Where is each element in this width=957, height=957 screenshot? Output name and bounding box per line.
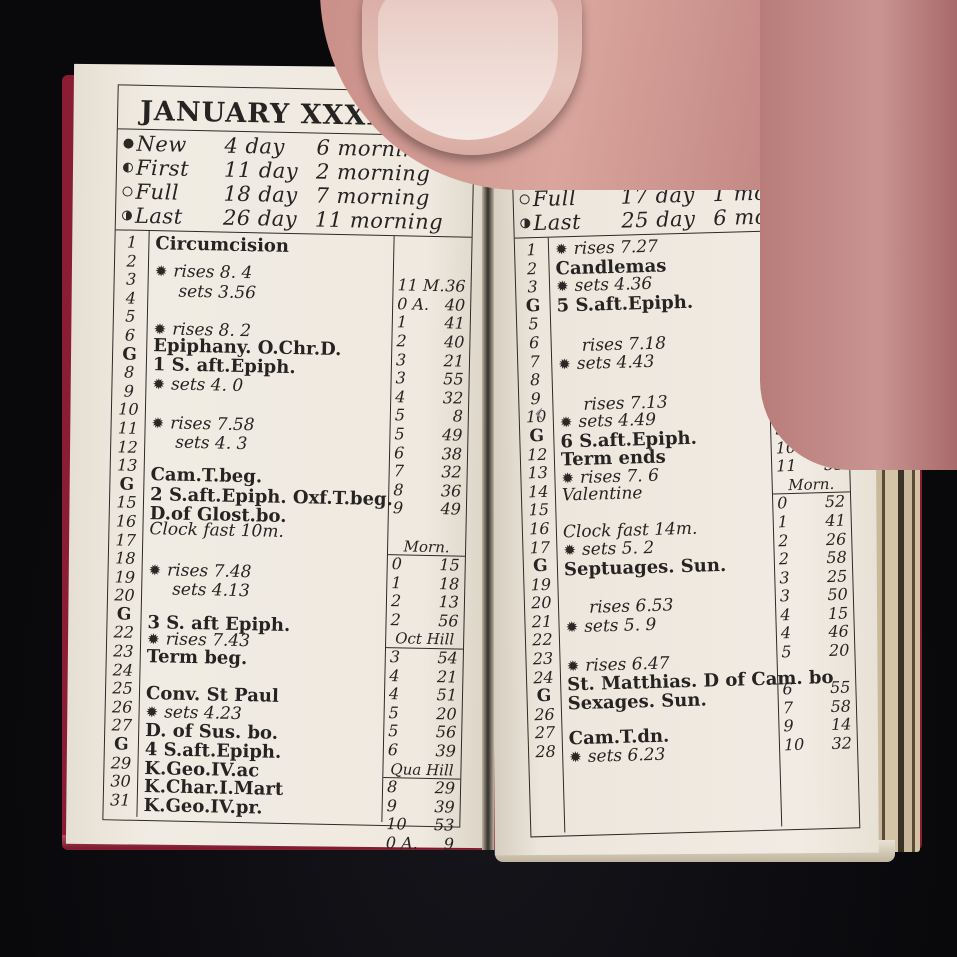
phase-name: New: [136, 132, 224, 158]
hour: 0 A.: [386, 834, 418, 853]
moon-rise-time: [394, 239, 471, 259]
event-text: Septuages. Sun.: [564, 555, 727, 581]
day-number: 16: [523, 520, 557, 540]
january-calendar: JANUARY XXXI New4 day6 morningFirst11 da…: [102, 84, 475, 827]
sun-icon: ✹: [555, 240, 568, 259]
event-label: 5 S.aft.Epiph.: [556, 293, 693, 316]
phase-day: 25 day: [621, 206, 714, 233]
sunday-letter: G: [527, 687, 561, 707]
moon-rise-time: 256: [386, 611, 463, 631]
minute: 14: [831, 716, 852, 735]
minute: 25: [827, 567, 848, 586]
sunday-letter: G: [113, 345, 146, 364]
minute: 41: [825, 511, 846, 530]
sunday-letter: G: [105, 735, 138, 754]
day-number: 15: [522, 501, 556, 521]
hour: 2: [778, 532, 789, 551]
hour: 11: [776, 457, 797, 476]
day-number: 23: [526, 650, 560, 670]
hour: 0: [777, 494, 788, 513]
hour: 5: [395, 407, 406, 426]
minute: 15: [439, 556, 460, 575]
minute: 49: [442, 426, 463, 445]
moon-rise-time: 1032: [780, 734, 857, 755]
minute: 38: [442, 445, 463, 464]
day-number: 21: [525, 612, 559, 632]
hour: 10: [386, 816, 407, 835]
hour: 6: [388, 741, 399, 760]
sun-icon: ✹: [556, 277, 569, 296]
day-number: 2: [515, 259, 549, 279]
day-number: 3: [114, 270, 147, 289]
minute: 20: [829, 642, 850, 661]
phase-day: 26 day: [223, 206, 315, 232]
new-moon-icon: [123, 138, 133, 148]
sun-icon: ✹: [566, 657, 579, 676]
minute: 49: [440, 501, 461, 520]
phase-day: 18 day: [223, 182, 315, 208]
events-column: Circumcision✹rises 8. 4sets 3.56✹rises 8…: [137, 231, 393, 822]
sun-icon: ✹: [151, 415, 164, 434]
event-text: sets 6.23: [588, 744, 666, 766]
sun-time: sets 3.56: [178, 283, 256, 304]
sunday-letter: G: [520, 427, 554, 447]
minute: 40: [444, 333, 465, 352]
day-number: 31: [104, 791, 137, 810]
hour: 1: [778, 513, 789, 532]
events-column: 22 ‹ ✹rises 7.27Candlemas✹sets 4.365 S.a…: [549, 232, 782, 833]
minute: 21: [443, 352, 464, 371]
minute: 55: [443, 370, 464, 389]
first-quarter-icon: [123, 162, 133, 172]
event-label: Valentine: [562, 484, 643, 505]
minute: 46: [828, 623, 849, 642]
minute: 18: [439, 575, 460, 594]
hour: 3: [390, 648, 401, 667]
minute: 36: [445, 277, 466, 296]
phase-day: 4 day: [224, 134, 316, 160]
day-number: 5: [517, 315, 551, 335]
day-number: 26: [528, 705, 562, 725]
phase-day: 11 day: [224, 158, 316, 184]
hour: 4: [389, 667, 400, 686]
fingers: [760, 0, 957, 470]
hour: 8: [393, 481, 404, 500]
sun-time: ✹sets 5. 9: [565, 615, 656, 637]
hour: 4: [781, 625, 792, 644]
sun-time: sets 4. 3: [175, 434, 248, 455]
phase-name: Full: [135, 180, 223, 206]
day-number: 22: [526, 631, 560, 651]
event-label: 1 S. aft.Epiph.: [153, 355, 296, 377]
hour: 9: [386, 797, 397, 816]
day-number: 8: [518, 371, 552, 391]
hour: 2: [396, 332, 407, 351]
day-number: 2: [115, 252, 148, 271]
day-number: 18: [109, 549, 142, 568]
moon-rise-time: 549: [390, 425, 467, 445]
minute: 50: [827, 586, 848, 605]
event-label: Sexages. Sun.: [567, 690, 706, 713]
hour: 5: [394, 425, 405, 444]
day-number: 11: [111, 419, 144, 438]
hour: 3: [395, 369, 406, 388]
day-number: 13: [111, 456, 144, 475]
event-label: K.Geo.IV.pr.: [143, 796, 262, 817]
event-text: sets 4.43: [577, 352, 655, 374]
day-number: 20: [525, 594, 559, 614]
month-name: JANUARY: [140, 96, 291, 130]
day-number: 19: [524, 575, 558, 595]
day-number: 24: [527, 668, 561, 688]
day-number: 19: [108, 568, 141, 587]
day-number: 12: [521, 445, 555, 465]
moon-rise-time: 949: [389, 499, 466, 519]
hour: 10: [784, 736, 805, 755]
hour: 8: [387, 778, 398, 797]
minute: 56: [438, 612, 459, 631]
event-text: Valentine: [562, 483, 643, 505]
minute: 13: [438, 593, 459, 612]
book-gutter: [482, 150, 494, 850]
hour: 5: [388, 704, 399, 723]
event-text: 5 S.aft.Epiph.: [556, 292, 693, 317]
event-text: rises 8. 4: [173, 261, 252, 283]
day-number: 25: [106, 679, 139, 698]
sun-time: sets 4.13: [172, 581, 250, 602]
hour: 1: [397, 314, 408, 333]
minute: 29: [435, 779, 456, 798]
minute: 41: [444, 315, 465, 334]
full-moon-icon: [122, 186, 132, 196]
minute: 39: [435, 742, 456, 761]
day-number: 26: [106, 698, 139, 717]
hour: 2: [391, 592, 402, 611]
minute: 54: [437, 649, 458, 668]
day-grid: 123456G8910111213G151617181920G222324252…: [103, 230, 471, 823]
day-number: 5: [114, 308, 147, 327]
minute: 56: [436, 724, 457, 743]
day-number: 6: [517, 334, 551, 354]
day-number: 1: [515, 241, 549, 261]
moon-rise-time: 240: [392, 332, 469, 352]
last-quarter-icon: [122, 210, 132, 220]
day-number: 3: [516, 278, 550, 298]
day-number: 16: [109, 512, 142, 531]
hour: 9: [783, 718, 794, 737]
event-label: Circumcision: [155, 234, 289, 256]
hour: 2: [390, 611, 401, 630]
hour: 4: [395, 388, 406, 407]
minute: 20: [436, 705, 457, 724]
moon-rise-time: 0 A.9: [382, 834, 459, 854]
event-text: sets 4. 0: [171, 375, 244, 397]
minute: 51: [436, 686, 457, 705]
sunday-letter: G: [110, 475, 143, 494]
phase-time: 7 morning: [315, 183, 430, 209]
hour: 3: [780, 587, 791, 606]
full-moon-icon: [520, 194, 530, 204]
day-number: 27: [105, 717, 138, 736]
hour: 1: [391, 574, 402, 593]
sun-icon: ✹: [560, 413, 573, 432]
phase-name: Last: [533, 209, 622, 235]
hour: 5: [781, 643, 792, 662]
minute: 52: [825, 493, 846, 512]
phase-time: 2 morning: [316, 160, 431, 186]
sun-icon: ✹: [563, 541, 576, 560]
minute: 40: [445, 296, 466, 315]
minute: 32: [441, 463, 462, 482]
event-text: sets 4.13: [172, 580, 250, 602]
minute: 58: [830, 697, 851, 716]
minute: 8: [452, 408, 463, 427]
moon-rise-time: 639: [384, 741, 461, 761]
hour: 2: [779, 550, 790, 569]
hour: 0 A.: [397, 295, 429, 314]
day-number: 14: [522, 482, 556, 502]
event-text: Sexages. Sun.: [567, 689, 707, 714]
sun-icon: ✹: [148, 561, 161, 580]
day-number: 20: [108, 587, 141, 606]
sun-time: ✹rises 8. 4: [155, 262, 253, 283]
minute: 21: [437, 668, 458, 687]
hour: 11 M.: [397, 276, 444, 296]
sun-time: ✹sets 4.43: [558, 353, 655, 375]
event-text: sets 3.56: [178, 282, 256, 304]
minute: 32: [831, 734, 852, 753]
sun-icon: ✹: [569, 748, 582, 767]
hour: 7: [394, 462, 405, 481]
day-number: 10: [112, 401, 145, 420]
phase-name: First: [136, 156, 224, 182]
last-quarter-icon: [520, 218, 530, 228]
day-number: 9: [112, 382, 145, 401]
day-number: 27: [528, 724, 562, 744]
minute: 39: [434, 798, 455, 817]
minute: [850, 660, 851, 679]
day-number: 29: [104, 754, 137, 773]
event-text: K.Geo.IV.pr.: [143, 795, 262, 818]
minute: 9: [444, 835, 455, 854]
day-number: 23: [107, 642, 140, 661]
sun-icon: ✹: [558, 355, 571, 374]
minute: 32: [443, 389, 464, 408]
sun-icon: ✹: [155, 262, 168, 281]
pencil-mark: ‹: [533, 396, 545, 429]
day-number: 30: [104, 772, 137, 791]
event-text: sets 4. 3: [175, 433, 248, 455]
day-number: 17: [109, 531, 142, 550]
day-number: 1: [115, 233, 148, 252]
sun-icon: ✹: [565, 618, 578, 637]
day-number: 7: [518, 352, 552, 372]
day-number: 22: [107, 624, 140, 643]
hour: 7: [783, 699, 794, 718]
sun-icon: ✹: [152, 375, 165, 394]
hour: 4: [780, 606, 791, 625]
sun-time: ✹sets 4. 0: [152, 375, 243, 396]
hour: 3: [779, 569, 790, 588]
sunday-letter: G: [107, 605, 140, 624]
event-text: Circumcision: [155, 233, 289, 257]
event-text: Clock fast 10m.: [149, 520, 284, 543]
hour: 9: [393, 500, 404, 519]
moon-rise-time: [388, 518, 465, 538]
hour: 4: [389, 685, 400, 704]
day-number: 15: [110, 494, 143, 513]
day-number: 4: [114, 289, 147, 308]
hour: 6: [394, 444, 405, 463]
sunday-letter: G: [524, 557, 558, 577]
event-label: Cam.T.beg.: [150, 465, 262, 486]
sunday-letter: G: [516, 297, 550, 317]
minute: 15: [828, 604, 849, 623]
event-label: Term beg.: [147, 647, 248, 668]
day-number: 24: [106, 661, 139, 680]
sun-time: ✹sets 6.23: [569, 745, 666, 767]
minute: 53: [434, 817, 455, 836]
phase-time: 11 morning: [315, 207, 444, 234]
moon-rise-time: 520: [777, 641, 854, 662]
sun-icon: ✹: [145, 703, 158, 722]
minute: 58: [826, 549, 847, 568]
day-number: 12: [111, 438, 144, 457]
hour: 5: [388, 723, 399, 742]
day-number: 8: [113, 363, 146, 382]
day-number: 17: [523, 538, 557, 558]
event-label: Clock fast 10m.: [149, 521, 284, 543]
event-label: Septuages. Sun.: [564, 556, 727, 580]
event-text: sets 5. 9: [584, 614, 657, 636]
minute: 26: [826, 530, 847, 549]
day-number: 28: [529, 743, 563, 763]
moon-rise-column: 11 M.360 A.40141240321355432585496387328…: [381, 236, 471, 824]
event-text: Term beg.: [147, 646, 248, 669]
hour: 3: [396, 351, 407, 370]
phase-name: Last: [135, 204, 223, 230]
minute: 36: [441, 482, 462, 501]
day-number: 6: [113, 326, 146, 345]
hour: 0: [392, 555, 403, 574]
day-number: 13: [521, 464, 555, 484]
moon-rise-time: 354: [386, 648, 463, 668]
